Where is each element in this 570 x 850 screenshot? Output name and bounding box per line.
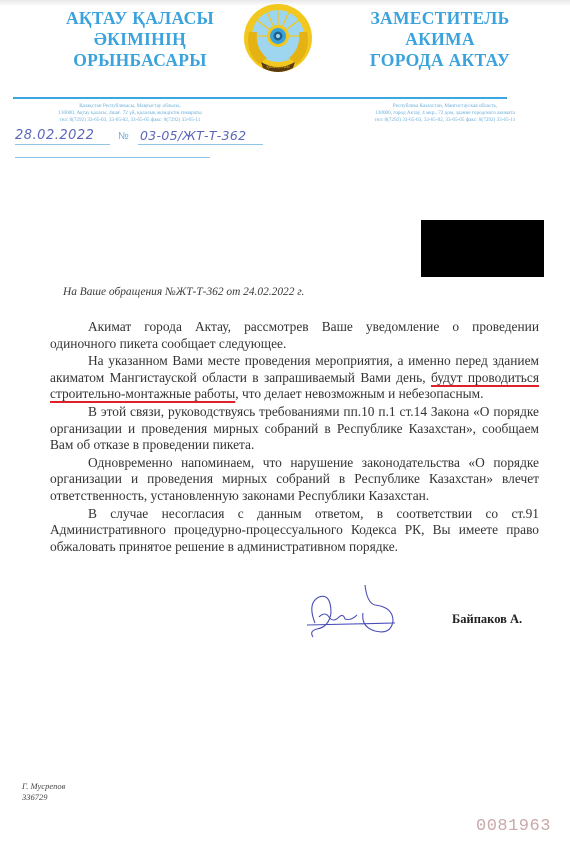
address-line: 130000, Ақтау қаласы, 4шағ. 72 үй, қалал…: [30, 110, 230, 117]
paragraph-refusal: В этой связи, руководствуясь требованиям…: [50, 404, 539, 454]
registration-line: 28.02.2022 № 03-05/ЖТ-Т-362: [15, 128, 255, 144]
redacted-recipient-block: [421, 220, 544, 277]
letterhead-kazakh-line: АҚТАУ ҚАЛАСЫ: [35, 8, 245, 29]
letter-body: Акимат города Актау, рассмотрев Ваше уве…: [50, 319, 539, 556]
letterhead-russian-line: ЗАМЕСТИТЕЛЬ: [335, 8, 545, 29]
address-kazakh: Қазақстан Республикасы, Маңғыстау облысы…: [30, 103, 230, 124]
svg-text:ҚАЗАҚСТАН: ҚАЗАҚСТАН: [267, 64, 290, 69]
letterhead-kazakh-line: ӘКІМІНІҢ: [35, 29, 245, 50]
signer-name: Байпаков А.: [452, 612, 522, 627]
letterhead-russian-line: АКИМА: [335, 29, 545, 50]
letterhead-russian: ЗАМЕСТИТЕЛЬ АКИМА ГОРОДА АКТАУ: [335, 8, 545, 71]
letterhead-kazakh-line: ОРЫНБАСАРЫ: [35, 50, 245, 71]
address-line: тел: 8(7292) 33-65-03, 33-65-02, 33-65-0…: [340, 117, 550, 124]
date-underline: [15, 144, 110, 145]
paragraph-reason: На указанном Вами месте проведения мероп…: [50, 353, 539, 403]
letterhead-divider: [13, 97, 507, 99]
executor-info: Г. Мусрепов 336729: [22, 781, 65, 802]
registration-date: 28.02.2022: [15, 128, 94, 143]
letterhead-kazakh: АҚТАУ ҚАЛАСЫ ӘКІМІНІҢ ОРЫНБАСАРЫ: [35, 8, 245, 71]
serial-number: 0081963: [476, 817, 551, 836]
paragraph-intro: Акимат города Актау, рассмотрев Ваше уве…: [50, 319, 539, 352]
number-underline: [138, 144, 263, 145]
address-line: Қазақстан Республикасы, Маңғыстау облысы…: [30, 103, 230, 110]
address-line: Республика Казахстан, Мангистауская обла…: [340, 103, 550, 110]
registration-divider: [15, 157, 210, 158]
paragraph-appeal: В случае несогласия с данным ответом, в …: [50, 506, 539, 556]
executor-phone: 336729: [22, 792, 65, 803]
registration-number: 03-05/ЖТ-Т-362: [140, 128, 246, 143]
executor-name: Г. Мусрепов: [22, 781, 65, 792]
reason-text-end: , что делает невозможным и небезопасным.: [235, 386, 483, 401]
letterhead-russian-line: ГОРОДА АКТАУ: [335, 50, 545, 71]
address-line: тел: 8(7292) 33-65-03, 33-65-02, 33-65-0…: [30, 117, 230, 124]
signature-icon: [305, 583, 415, 643]
reference-line: На Ваше обращения №ЖТ-Т-362 от 24.02.202…: [63, 286, 304, 298]
address-russian: Республика Казахстан, Мангистауская обла…: [340, 103, 550, 124]
state-emblem-icon: ҚАЗАҚСТАН: [239, 2, 317, 76]
address-line: 130000, город Актау, 4 мкр., 72 дом, зда…: [340, 110, 550, 117]
number-sign: №: [118, 131, 129, 142]
paragraph-warning: Одновременно напоминаем, что нарушение з…: [50, 455, 539, 505]
